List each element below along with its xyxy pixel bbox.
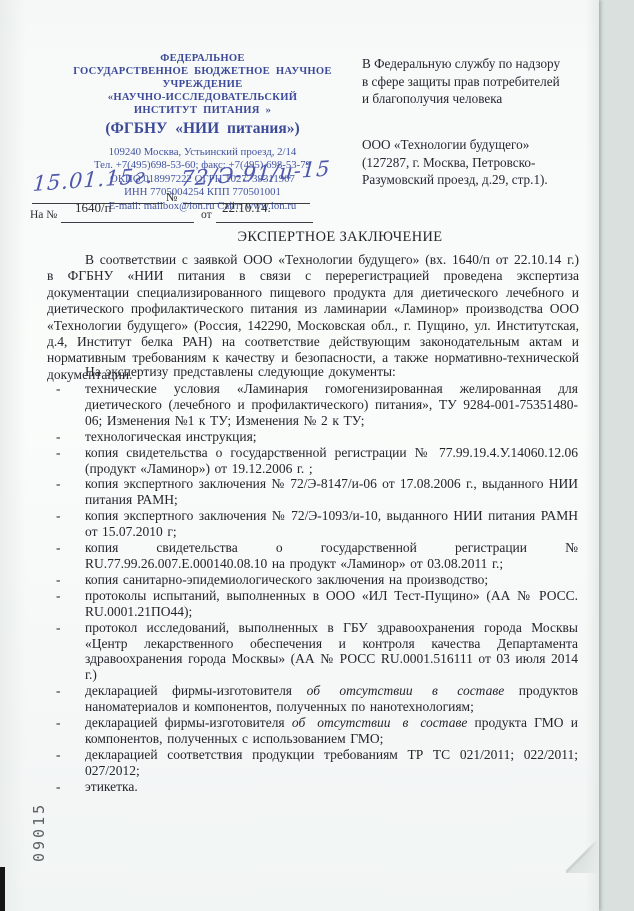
list-item-dash: - xyxy=(56,588,85,620)
list-item-text: декларацией фирмы-изготовителя об отсутс… xyxy=(85,683,578,715)
list-item: -копия свидетельства о государственной р… xyxy=(56,540,578,572)
list-item-text: протокол исследований, выполненных в ГБУ… xyxy=(85,620,578,684)
list-item-text: копия экспертного заключения № 72/Э-1093… xyxy=(85,508,578,540)
ot-label: от xyxy=(201,209,212,221)
na-no-label: На № xyxy=(30,209,57,221)
list-item-text: этикетка. xyxy=(85,779,578,795)
list-item: -копия санитарно-эпидемиологического зак… xyxy=(56,572,578,588)
list-item: -технологическая инструкция; xyxy=(56,429,578,445)
list-item: -декларацией фирмы-изготовителя об отсут… xyxy=(56,715,578,747)
list-item: -этикетка. xyxy=(56,779,578,795)
document-page: ФЕДЕРАЛЬНОЕ ГОСУДАРСТВЕННОЕ БЮДЖЕТНОЕ НА… xyxy=(0,0,599,911)
applicant-block: ООО «Технологии будущего» (127287, г. Мо… xyxy=(362,136,597,189)
recipient-block: В Федеральную службу по надзору в сфере … xyxy=(362,55,597,108)
list-item-dash: - xyxy=(56,429,85,445)
list-item-text: копия экспертного заключения № 72/Э-8147… xyxy=(85,476,578,508)
list-item-text: технологическая инструкция; xyxy=(85,429,578,445)
list-item-text: декларацией фирмы-изготовителя об отсутс… xyxy=(85,715,578,747)
scan-edge-mark xyxy=(0,867,5,911)
list-item-dash: - xyxy=(56,779,85,795)
list-item-dash: - xyxy=(56,508,85,540)
list-item-text: технические условия «Ламинария гомогениз… xyxy=(85,381,578,429)
list-item-dash: - xyxy=(56,572,85,588)
list-item-text: копия санитарно-эпидемиологического закл… xyxy=(85,572,578,588)
incoming-date: 22.10.14. xyxy=(222,200,271,216)
registration-stamp-number: 09015 xyxy=(30,802,48,862)
documents-list: -технические условия «Ламинария гомогени… xyxy=(56,381,578,795)
organization-short-name: (ФГБНУ «НИИ питания») xyxy=(50,120,355,138)
scanned-document: ФЕДЕРАЛЬНОЕ ГОСУДАРСТВЕННОЕ БЮДЖЕТНОЕ НА… xyxy=(0,0,634,911)
list-item-dash: - xyxy=(56,476,85,508)
list-item: -копия экспертного заключения № 72/Э-109… xyxy=(56,508,578,540)
list-item: -протокол исследований, выполненных в ГБ… xyxy=(56,620,578,684)
list-item-dash: - xyxy=(56,540,85,572)
incoming-number: 1640/п xyxy=(75,200,112,216)
list-item: -протоколы испытаний, выполненных в ООО … xyxy=(56,588,578,620)
list-item-dash: - xyxy=(56,620,85,684)
list-item-dash: - xyxy=(56,683,85,715)
number-sign-label: № xyxy=(166,190,177,205)
list-item-text: декларацией соответствия продукции требо… xyxy=(85,747,578,779)
page-corner-curl xyxy=(566,841,599,873)
list-item: -декларацией фирмы-изготовителя об отсут… xyxy=(56,683,578,715)
list-item-text: копия свидетельства о государственной ре… xyxy=(85,445,578,477)
list-item-dash: - xyxy=(56,715,85,747)
incoming-number-underline xyxy=(61,221,194,223)
list-item-dash: - xyxy=(56,445,85,477)
list-item: -технические условия «Ламинария гомогени… xyxy=(56,381,578,429)
list-item-text: копия свидетельства о государственной ре… xyxy=(85,540,578,572)
document-title: ЭКСПЕРТНОЕ ЗАКЛЮЧЕНИЕ xyxy=(70,229,610,246)
documents-heading: На экспертизу представлены следующие док… xyxy=(85,364,396,380)
list-item: -копия свидетельства о государственной р… xyxy=(56,445,578,477)
organization-name: ФЕДЕРАЛЬНОЕ ГОСУДАРСТВЕННОЕ БЮДЖЕТНОЕ НА… xyxy=(50,52,355,117)
list-item: -декларацией соответствия продукции треб… xyxy=(56,747,578,779)
list-item: -копия экспертного заключения № 72/Э-814… xyxy=(56,476,578,508)
incoming-date-underline xyxy=(216,221,313,223)
list-item-dash: - xyxy=(56,747,85,779)
list-item-text: протоколы испытаний, выполненных в ООО «… xyxy=(85,588,578,620)
list-item-dash: - xyxy=(56,381,85,429)
